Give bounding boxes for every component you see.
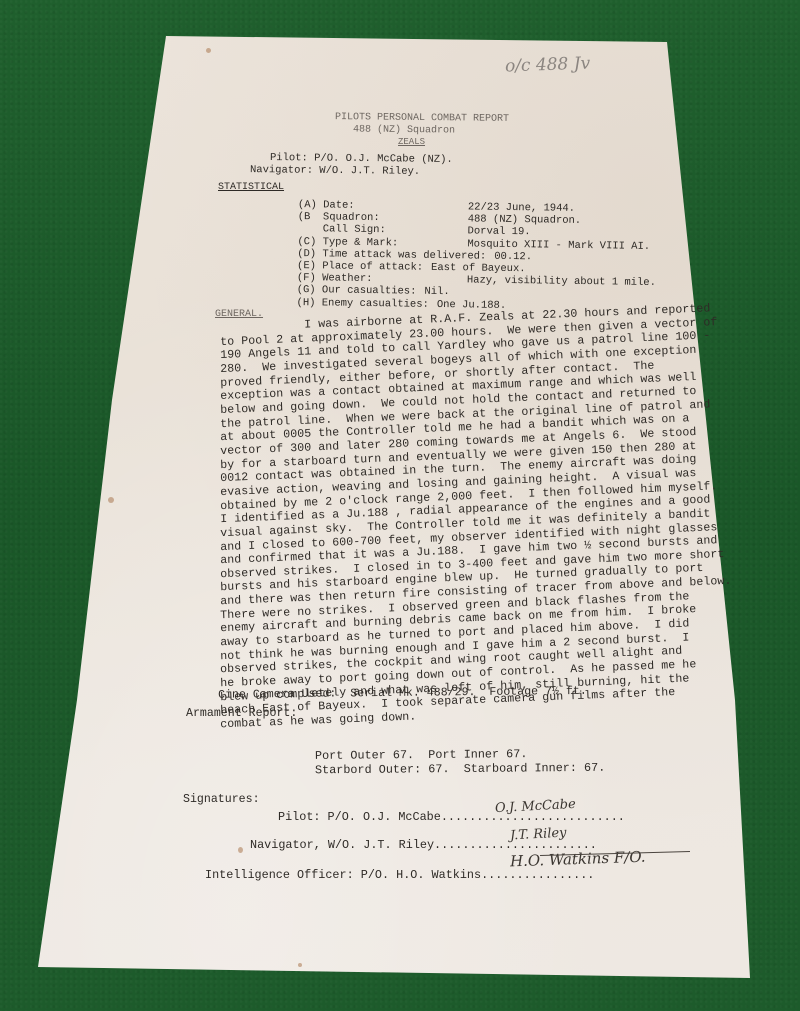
statistical-value: One Ju.188. [437, 299, 506, 312]
navigator-name: Navigator: W/O. J.T. Riley. [250, 163, 420, 179]
signatures-heading: Signatures: [183, 793, 260, 807]
cine-camera-value: Serial Mk. 488/29. Footage 7½ ft. [350, 685, 587, 700]
cine-camera-label: Cine Camera Used: [218, 688, 336, 702]
navigator-signature: J.T. Riley [510, 827, 567, 844]
statistical-value: Hazy, visibility about 1 mile. [467, 275, 656, 290]
statistical-value: Nil. [424, 286, 449, 299]
statistical-heading: STATISTICAL [218, 181, 284, 195]
statistical-value: Dorval 19. [467, 226, 530, 239]
report-content: PILOTS PERSONAL COMBAT REPORT 488 (NZ) S… [0, 0, 800, 1011]
general-narrative: I was airborne at R.A.F. Zeals at 22.30 … [220, 301, 748, 731]
statistical-value: 00.12. [494, 251, 532, 264]
armament-heading: Armament Report: [186, 707, 297, 721]
armament-starboard: Starbord Outer: 67. Starboard Inner: 67. [315, 761, 605, 778]
statistical-key: (H) Enemy casualties: [296, 297, 428, 311]
station-subtitle: ZEALS [398, 135, 425, 149]
statistical-list: (A) Date:22/23 June, 1944.(B Squadron:48… [296, 199, 657, 314]
intelligence-signature-line: Intelligence Officer: P/O. H.O. Watkins.… [205, 868, 594, 882]
